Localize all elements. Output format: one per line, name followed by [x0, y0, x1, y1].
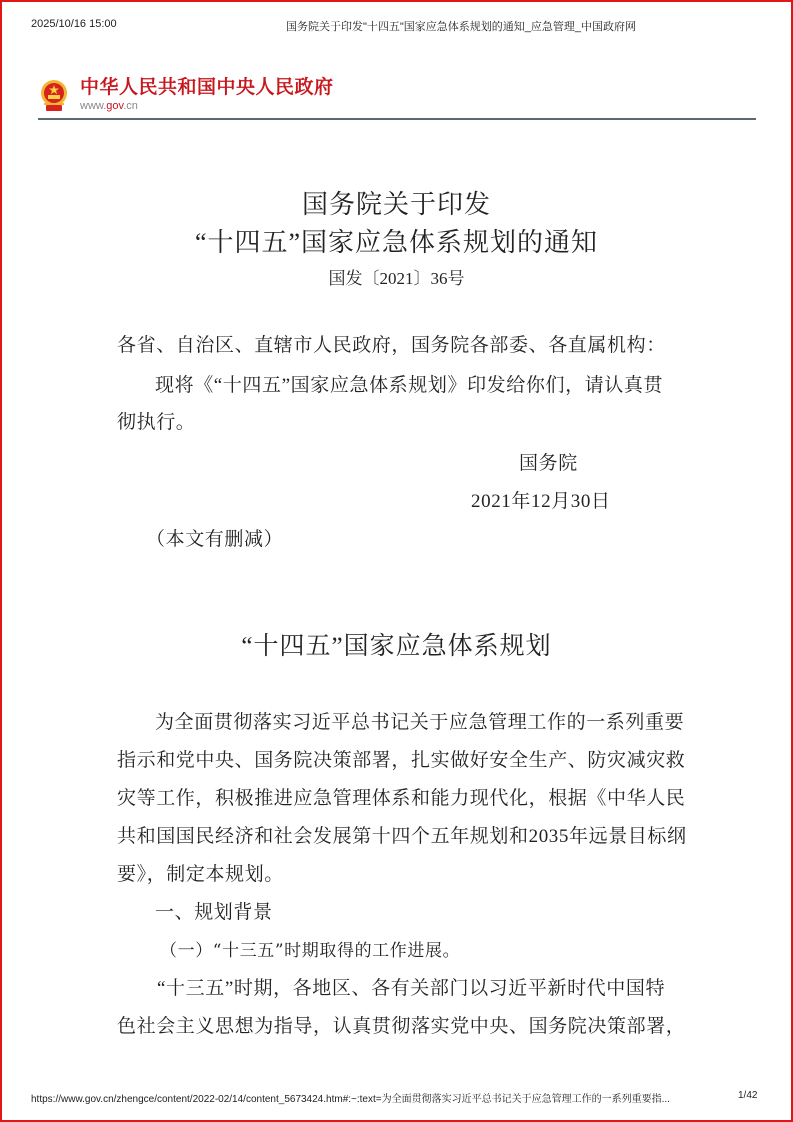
notice-date: 2021年12月30日: [471, 489, 611, 515]
print-datetime: 2025/10/16 15:00: [31, 18, 117, 30]
plan-intro-line: 要》，制定本规划。: [117, 862, 679, 888]
site-url-suffix: .cn: [123, 100, 138, 112]
plan-intro-line: 灾等工作，积极推进应急管理体系和能力现代化，根据《中华人民: [117, 786, 679, 812]
notice-body-line1: 现将《“十四五”国家应急体系规划》印发给你们，请认真贯: [117, 373, 717, 399]
print-page-title: 国务院关于印发"十四五"国家应急体系规划的通知_应急管理_中国政府网: [286, 18, 636, 34]
page-indicator: 1/42: [738, 1090, 757, 1101]
subsection-heading: （一）“十三五”时期取得的工作进展。: [160, 938, 460, 964]
document-number: 国发〔2021〕36号: [0, 264, 793, 289]
notice-title-line1: 国务院关于印发: [0, 184, 793, 221]
notice-body-line2: 彻执行。: [117, 410, 679, 436]
site-banner[interactable]: 中华人民共和国中央人民政府 www.gov.cn: [38, 76, 334, 116]
notice-salutation: 各省、自治区、直辖市人民政府，国务院各部委、各直属机构：: [117, 333, 679, 359]
notice-signer: 国务院: [519, 451, 578, 477]
plan-title: “十四五”国家应急体系规划: [0, 626, 793, 662]
section-body-line: “十三五”时期，各地区、各有关部门以习近平新时代中国特: [157, 976, 665, 1002]
site-url-prefix: www.: [80, 100, 106, 112]
site-url-highlight: gov: [106, 100, 123, 112]
abridged-note: （本文有删减）: [146, 527, 283, 553]
section-heading: 一、规划背景: [117, 900, 717, 926]
plan-intro-line: 共和国国民经济和社会发展第十四个五年规划和2035年远景目标纲: [117, 824, 679, 850]
national-emblem-icon: [38, 78, 70, 114]
site-name: 中华人民共和国中央人民政府: [80, 76, 334, 98]
plan-intro-line: 指示和党中央、国务院决策部署，扎实做好安全生产、防灾减灾救: [117, 748, 679, 774]
section-body-line: 色社会主义思想为指导，认真贯彻落实党中央、国务院决策部署，: [117, 1014, 679, 1040]
site-url[interactable]: www.gov.cn: [80, 100, 334, 112]
plan-intro-line: 为全面贯彻落实习近平总书记关于应急管理工作的一系列重要: [117, 710, 717, 736]
header-divider: [38, 118, 756, 120]
print-url: https://www.gov.cn/zhengce/content/2022-…: [31, 1090, 721, 1105]
notice-title-line2: “十四五”国家应急体系规划的通知: [0, 222, 793, 259]
